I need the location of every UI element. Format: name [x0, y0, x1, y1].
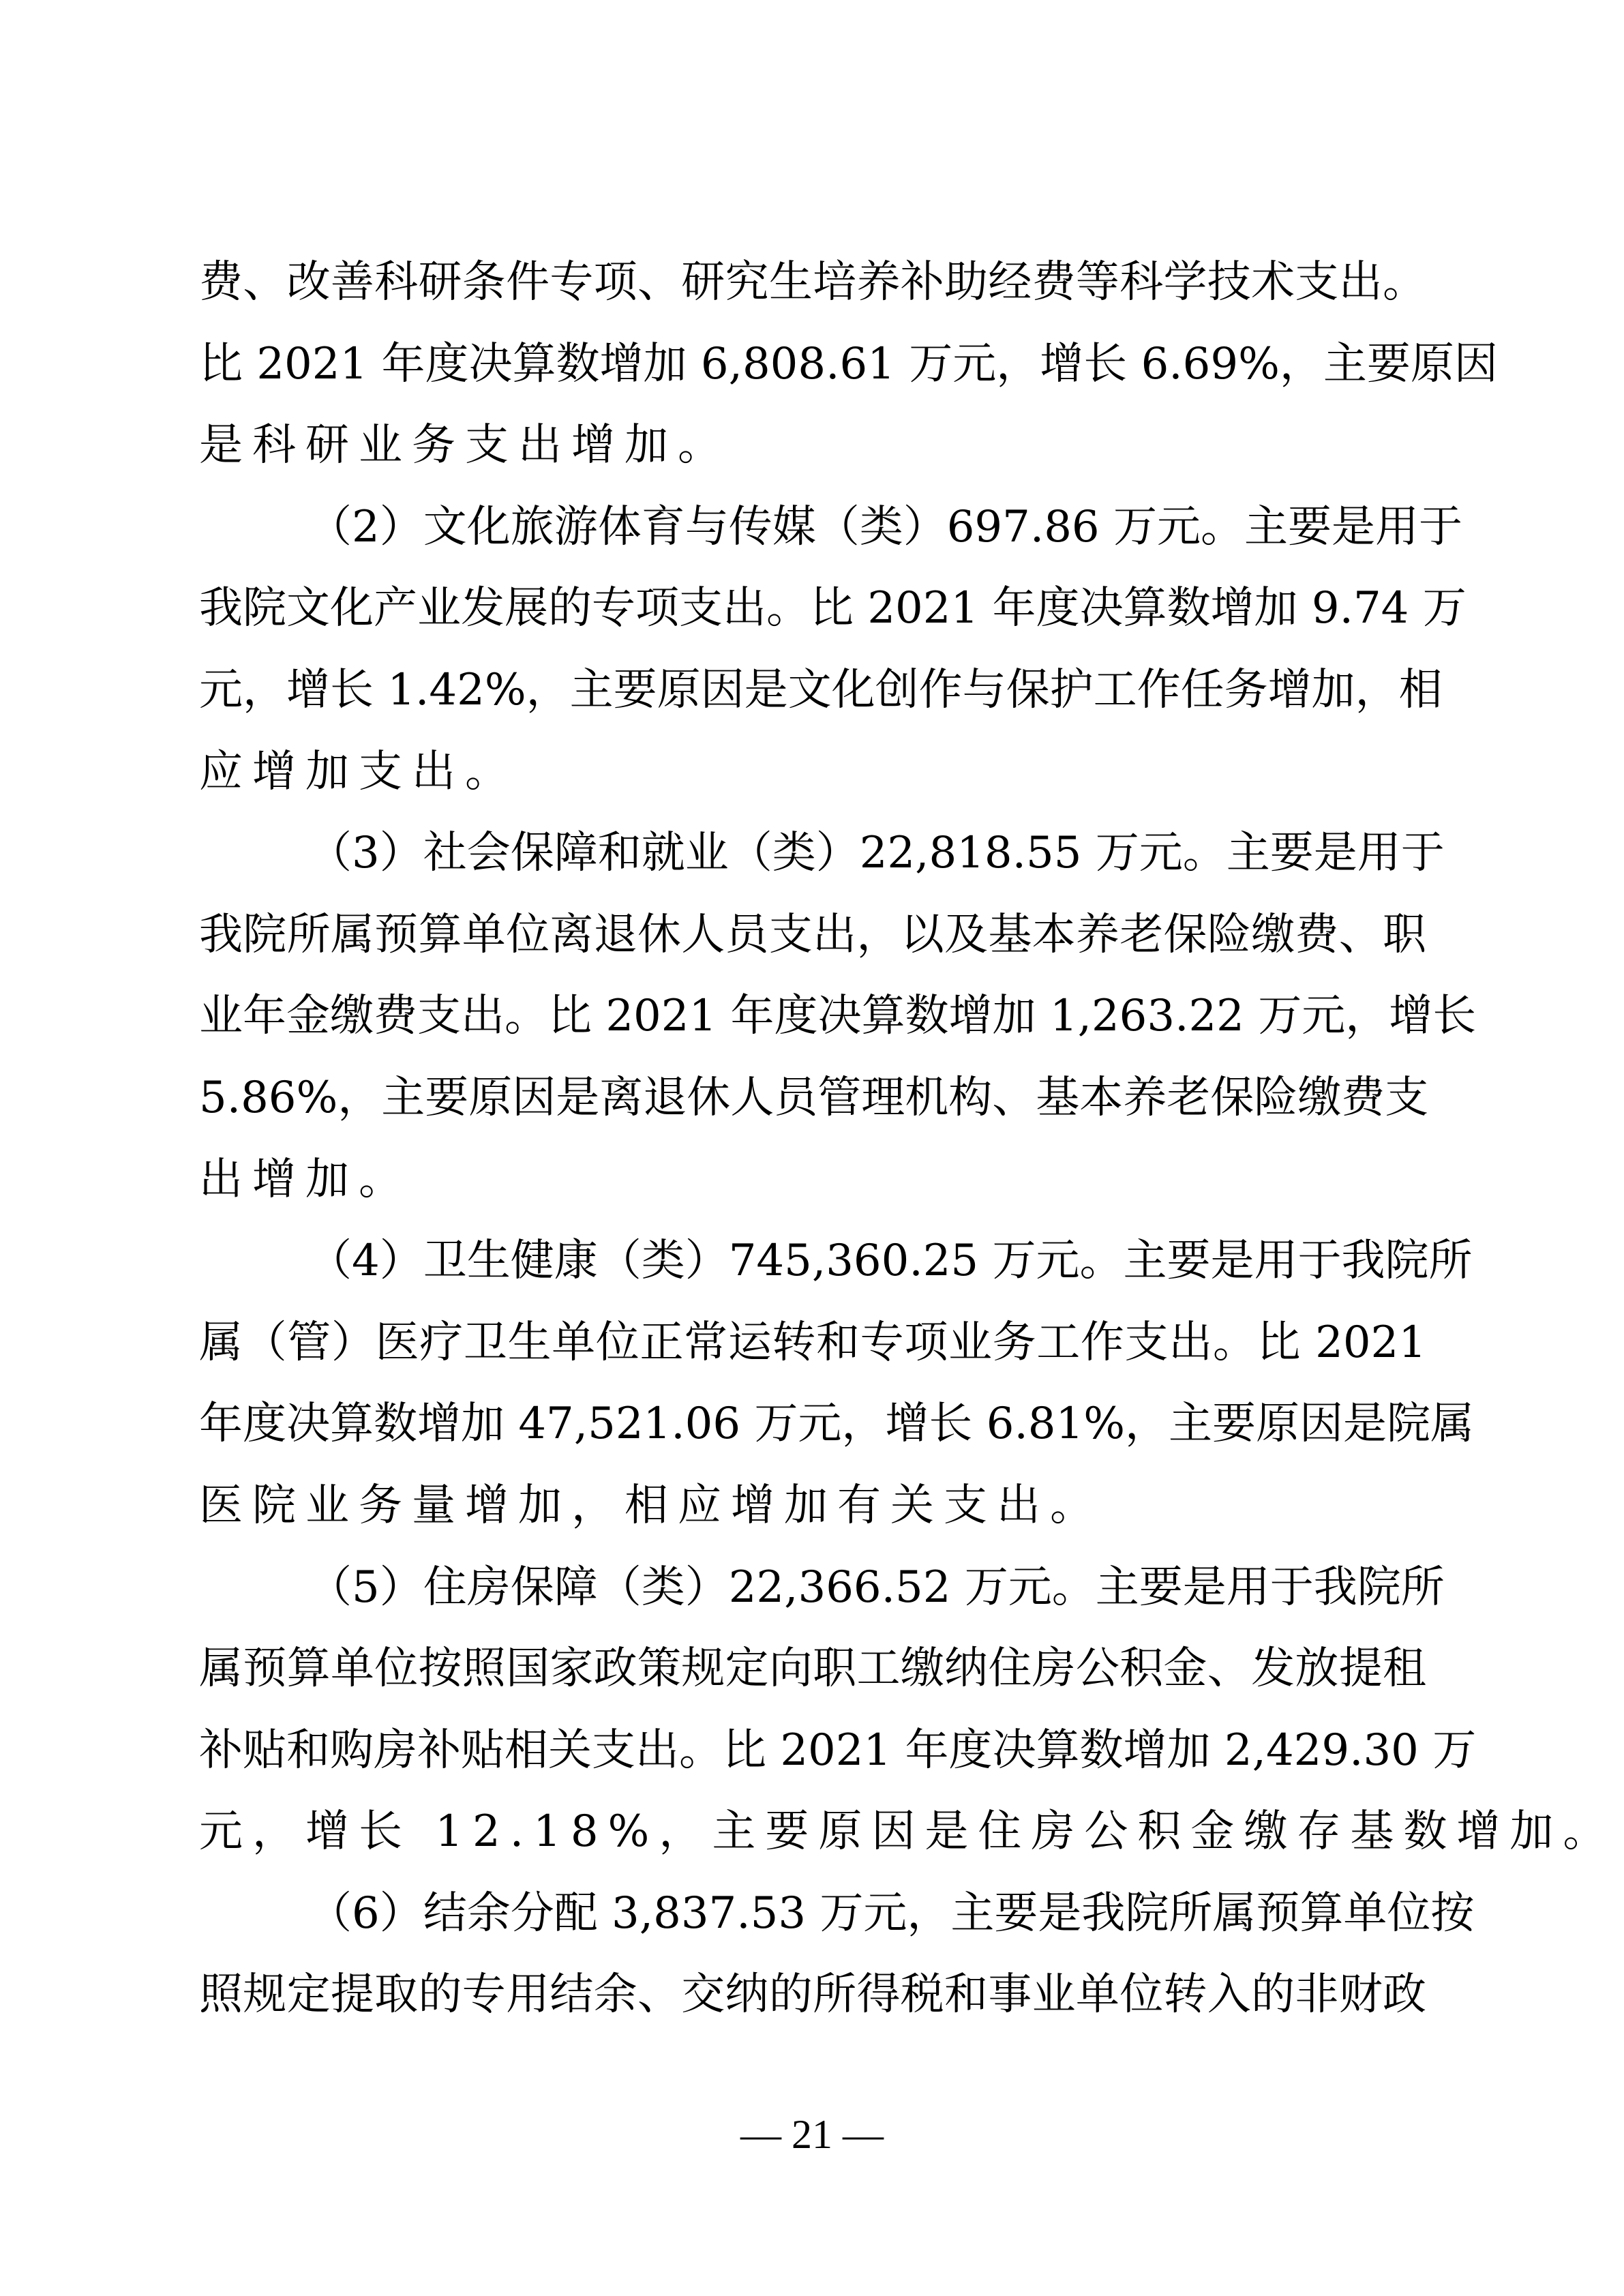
text-line: （4）卫生健康（类）745,360.25 万元。主要是用于我院所	[199, 1221, 1426, 1302]
text-line: 比 2021 年度决算数增加 6,808.61 万元，增长 6.69%，主要原因	[199, 324, 1426, 406]
text-line: 属预算单位按照国家政策规定向职工缴纳住房公积金、发放提租	[199, 1628, 1426, 1710]
text-line: 是科研业务支出增加。	[199, 405, 1426, 487]
paragraph-item-5-housing: （5）住房保障（类）22,366.52 万元。主要是用于我院所 属预算单位按照国…	[199, 1547, 1426, 1873]
paragraph-science-tech-continued: 费、改善科研条件专项、研究生培养补助经费等科学技术支出。 比 2021 年度决算…	[199, 242, 1426, 487]
text-line: （6）结余分配 3,837.53 万元，主要是我院所属预算单位按	[199, 1873, 1426, 1955]
text-line: （3）社会保障和就业（类）22,818.55 万元。主要是用于	[199, 813, 1426, 895]
paragraph-item-3-social-security: （3）社会保障和就业（类）22,818.55 万元。主要是用于 我院所属预算单位…	[199, 813, 1426, 1221]
text-line: 元，增长 12.18%，主要原因是住房公积金缴存基数增加。	[199, 1791, 1426, 1873]
text-line: 年度决算数增加 47,521.06 万元，增长 6.81%，主要原因是院属	[199, 1384, 1426, 1465]
document-body: 费、改善科研条件专项、研究生培养补助经费等科学技术支出。 比 2021 年度决算…	[199, 242, 1426, 2036]
paragraph-item-6-surplus: （6）结余分配 3,837.53 万元，主要是我院所属预算单位按 照规定提取的专…	[199, 1873, 1426, 2036]
text-line: （5）住房保障（类）22,366.52 万元。主要是用于我院所	[199, 1547, 1426, 1629]
text-line: 出增加。	[199, 1139, 1426, 1221]
paragraph-item-2-culture: （2）文化旅游体育与传媒（类）697.86 万元。主要是用于 我院文化产业发展的…	[199, 487, 1426, 813]
page-number: — 21 —	[0, 2111, 1624, 2158]
text-line: （2）文化旅游体育与传媒（类）697.86 万元。主要是用于	[199, 487, 1426, 569]
text-line: 业年金缴费支出。比 2021 年度决算数增加 1,263.22 万元，增长	[199, 976, 1426, 1058]
text-line: 补贴和购房补贴相关支出。比 2021 年度决算数增加 2,429.30 万	[199, 1710, 1426, 1792]
text-line: 元，增长 1.42%，主要原因是文化创作与保护工作任务增加，相	[199, 650, 1426, 732]
text-line: 医院业务量增加，相应增加有关支出。	[199, 1465, 1426, 1547]
text-line: 费、改善科研条件专项、研究生培养补助经费等科学技术支出。	[199, 242, 1426, 324]
text-line: 应增加支出。	[199, 732, 1426, 814]
paragraph-item-4-health: （4）卫生健康（类）745,360.25 万元。主要是用于我院所 属（管）医疗卫…	[199, 1221, 1426, 1547]
text-line: 属（管）医疗卫生单位正常运转和专项业务工作支出。比 2021	[199, 1302, 1426, 1384]
text-line: 我院文化产业发展的专项支出。比 2021 年度决算数增加 9.74 万	[199, 568, 1426, 650]
text-line: 我院所属预算单位离退休人员支出，以及基本养老保险缴费、职	[199, 895, 1426, 976]
text-line: 照规定提取的专用结余、交纳的所得税和事业单位转入的非财政	[199, 1954, 1426, 2036]
text-line: 5.86%，主要原因是离退休人员管理机构、基本养老保险缴费支	[199, 1058, 1426, 1139]
